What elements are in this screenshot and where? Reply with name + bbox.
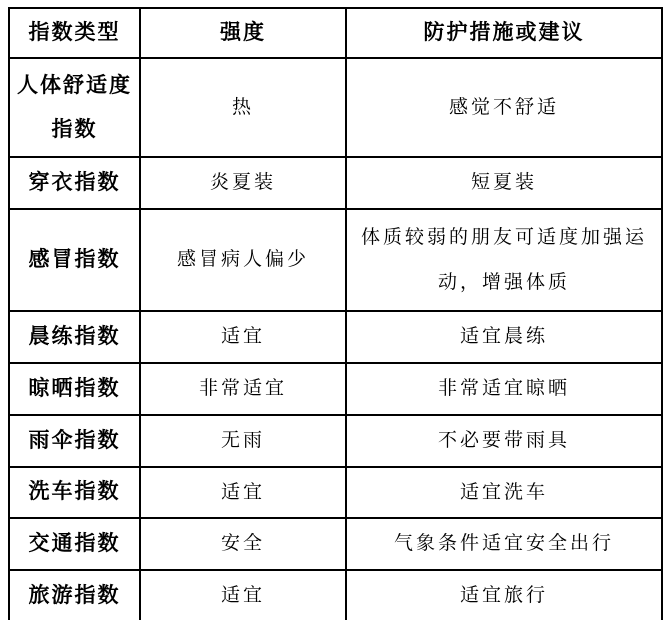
weather-index-table-container: 指数类型 强度 防护措施或建议 人体舒适度 指数 热 感觉不舒适 穿衣指数 炎夏… <box>8 7 663 620</box>
advice-cell: 感觉不舒适 <box>346 58 662 157</box>
column-header-advice: 防护措施或建议 <box>346 8 662 58</box>
column-header-index-type: 指数类型 <box>9 8 140 58</box>
index-type-cell: 穿衣指数 <box>9 157 140 209</box>
table-row-clothing: 穿衣指数 炎夏装 短夏装 <box>9 157 662 209</box>
strength-cell: 安全 <box>140 518 346 570</box>
index-type-cell: 交通指数 <box>9 518 140 570</box>
index-type-cell: 洗车指数 <box>9 467 140 519</box>
weather-index-table: 指数类型 强度 防护措施或建议 人体舒适度 指数 热 感觉不舒适 穿衣指数 炎夏… <box>8 7 663 620</box>
table-row-umbrella: 雨伞指数 无雨 不必要带雨具 <box>9 415 662 467</box>
table-row-car-wash: 洗车指数 适宜 适宜洗车 <box>9 467 662 519</box>
table-row-travel: 旅游指数 适宜 适宜旅行 <box>9 570 662 620</box>
strength-cell: 适宜 <box>140 467 346 519</box>
strength-cell: 炎夏装 <box>140 157 346 209</box>
table-row-traffic: 交通指数 安全 气象条件适宜安全出行 <box>9 518 662 570</box>
strength-cell: 非常适宜 <box>140 363 346 415</box>
index-type-cell: 人体舒适度 指数 <box>9 58 140 157</box>
table-row-cold: 感冒指数 感冒病人偏少 体质较弱的朋友可适度加强运 动，增强体质 <box>9 209 662 311</box>
table-row-morning-exercise: 晨练指数 适宜 适宜晨练 <box>9 311 662 363</box>
index-type-cell: 晾晒指数 <box>9 363 140 415</box>
strength-cell: 适宜 <box>140 311 346 363</box>
index-type-cell: 晨练指数 <box>9 311 140 363</box>
advice-cell: 体质较弱的朋友可适度加强运 动，增强体质 <box>346 209 662 311</box>
column-header-strength: 强度 <box>140 8 346 58</box>
index-type-cell: 旅游指数 <box>9 570 140 620</box>
advice-cell: 短夏装 <box>346 157 662 209</box>
advice-cell: 非常适宜晾晒 <box>346 363 662 415</box>
strength-cell: 热 <box>140 58 346 157</box>
advice-cell: 适宜旅行 <box>346 570 662 620</box>
strength-cell: 无雨 <box>140 415 346 467</box>
strength-cell: 适宜 <box>140 570 346 620</box>
advice-cell: 适宜洗车 <box>346 467 662 519</box>
table-row-drying: 晾晒指数 非常适宜 非常适宜晾晒 <box>9 363 662 415</box>
advice-cell: 适宜晨练 <box>346 311 662 363</box>
table-row-comfort: 人体舒适度 指数 热 感觉不舒适 <box>9 58 662 157</box>
header-row: 指数类型 强度 防护措施或建议 <box>9 8 662 58</box>
strength-cell: 感冒病人偏少 <box>140 209 346 311</box>
index-type-cell: 感冒指数 <box>9 209 140 311</box>
advice-cell: 不必要带雨具 <box>346 415 662 467</box>
index-type-cell: 雨伞指数 <box>9 415 140 467</box>
advice-cell: 气象条件适宜安全出行 <box>346 518 662 570</box>
